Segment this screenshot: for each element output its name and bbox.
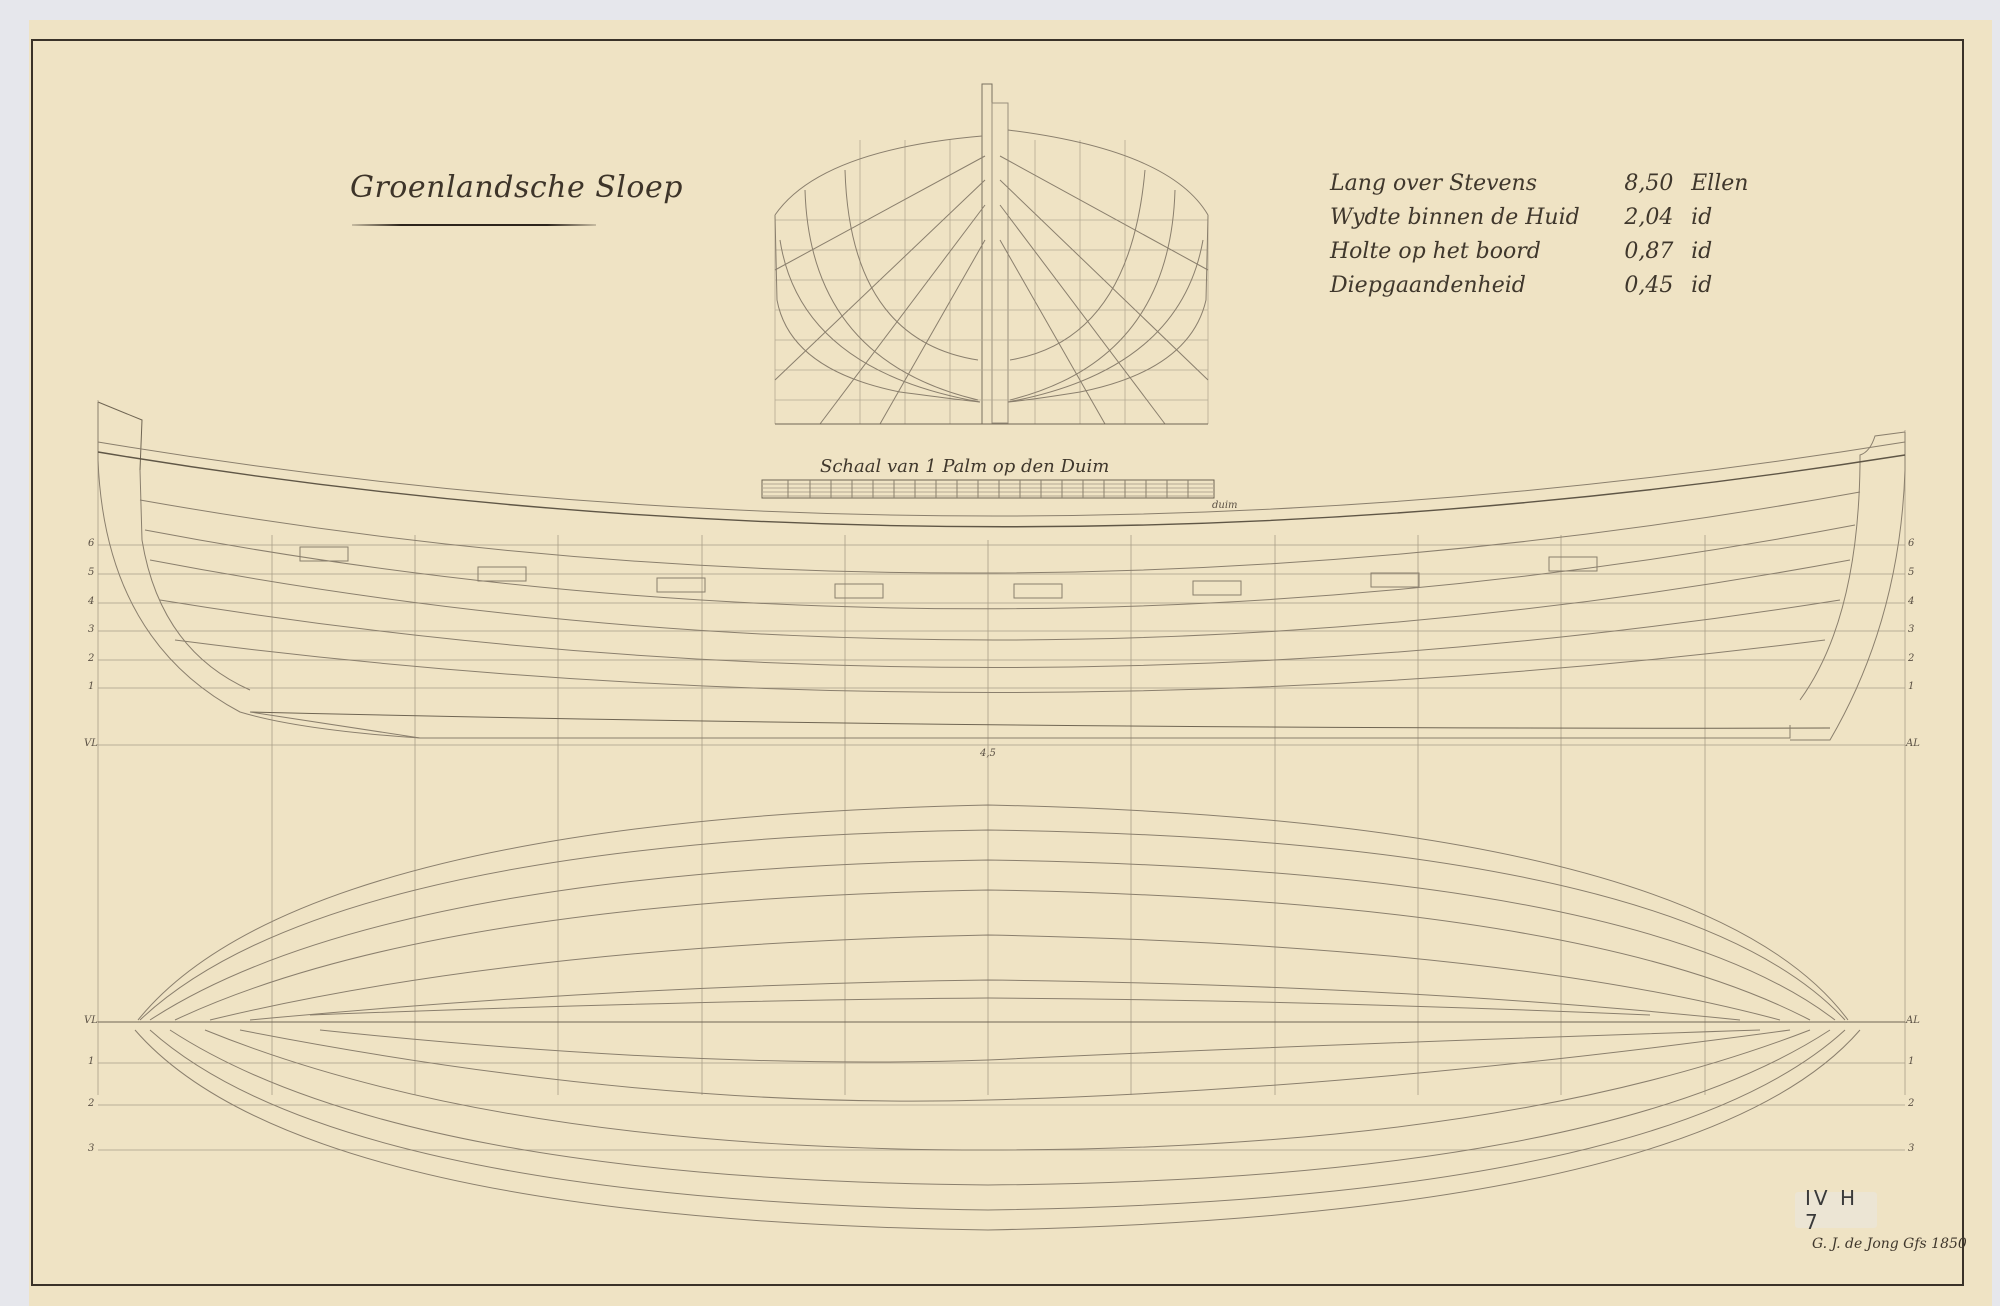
waterline-label: 1 (88, 1056, 94, 1067)
dimension-value: 2,04 (1624, 205, 1691, 230)
waterline-label: 4 (1908, 596, 1914, 607)
halfbreadth-label-right: AL (1906, 1015, 1920, 1026)
halfbreadth-label-left: VL (84, 1015, 98, 1026)
midship-label: 4,5 (980, 748, 996, 759)
drawing-title: Groenlandsche Sloep (350, 170, 683, 205)
dimensions-table: Lang over Stevens 8,50 Ellen Wydte binne… (1330, 166, 1750, 302)
waterline-label: 1 (1908, 1056, 1914, 1067)
dimension-unit: Ellen (1691, 171, 1750, 196)
waterline-label: 2 (1908, 653, 1914, 664)
waterline-label: 3 (88, 1143, 94, 1154)
dimension-label: Lang over Stevens (1330, 171, 1624, 196)
signature: G. J. de Jong Gfs 1850 (1812, 1236, 1967, 1252)
scale-unit: duim (1212, 500, 1238, 511)
dimension-value: 0,87 (1624, 239, 1691, 264)
waterline-label: 3 (1908, 1143, 1914, 1154)
waterline-label: 5 (88, 567, 94, 578)
dimension-row: Lang over Stevens 8,50 Ellen (1330, 166, 1750, 200)
dimension-label: Diepgaandenheid (1330, 273, 1624, 298)
dimension-unit: id (1691, 239, 1750, 264)
waterline-label: 2 (88, 1098, 94, 1109)
keel-label-right: AL (1906, 738, 1920, 749)
dimension-row: Holte op het boord 0,87 id (1330, 234, 1750, 268)
scale-title: Schaal van 1 Palm op den Duim (820, 456, 1109, 477)
dimension-row: Wydte binnen de Huid 2,04 id (1330, 200, 1750, 234)
catalog-stamp: IV H 7 (1795, 1192, 1877, 1228)
dimension-label: Holte op het boord (1330, 239, 1624, 264)
waterline-label: 3 (88, 624, 94, 635)
keel-label-left: VL (84, 738, 98, 749)
dimension-unit: id (1691, 205, 1750, 230)
dimension-value: 8,50 (1624, 171, 1691, 196)
scale-bar (762, 480, 1214, 498)
dimension-unit: id (1691, 273, 1750, 298)
dimension-value: 0,45 (1624, 273, 1691, 298)
title-underline (352, 224, 596, 226)
waterline-label: 4 (88, 596, 94, 607)
waterline-label: 2 (88, 653, 94, 664)
body-plan (775, 84, 1208, 424)
dimension-label: Wydte binnen de Huid (1330, 205, 1624, 230)
waterline-label: 3 (1908, 624, 1914, 635)
waterline-label: 5 (1908, 567, 1914, 578)
profile-plan (98, 400, 1905, 1095)
waterline-label: 1 (88, 681, 94, 692)
dimension-row: Diepgaandenheid 0,45 id (1330, 268, 1750, 302)
waterline-label: 6 (1908, 538, 1914, 549)
waterline-label: 1 (1908, 681, 1914, 692)
waterline-label: 6 (88, 538, 94, 549)
waterline-label: 2 (1908, 1098, 1914, 1109)
half-breadth-plan (98, 805, 1905, 1230)
